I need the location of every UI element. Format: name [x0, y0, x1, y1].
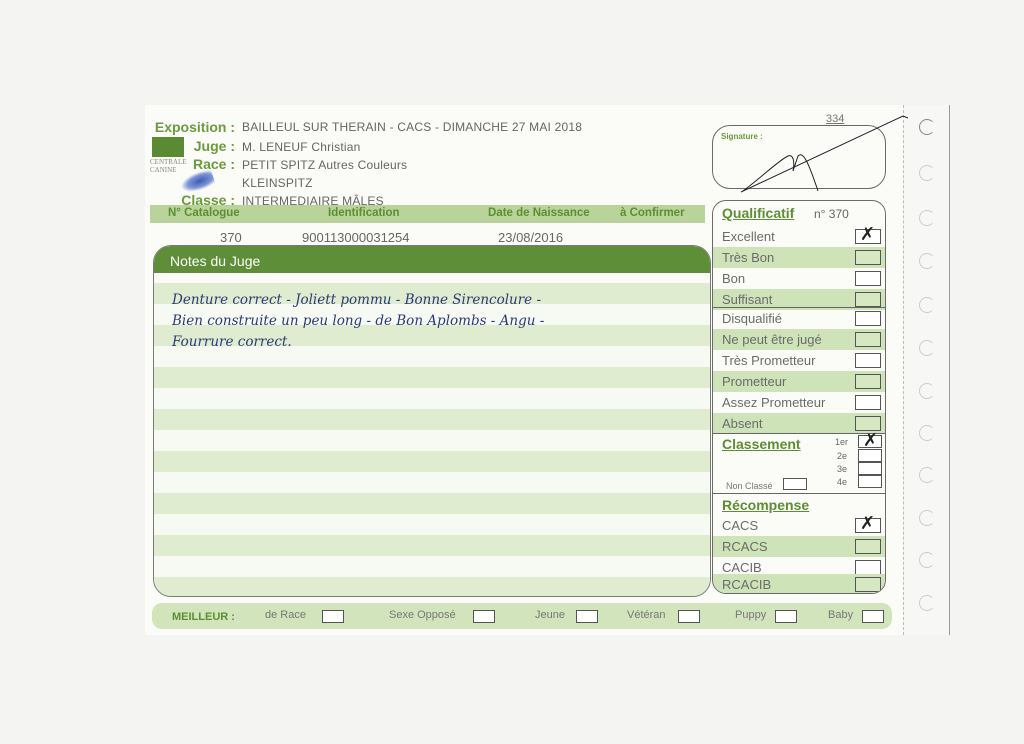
judge-notes-text[interactable]: Denture correct - Joliett pommu - Bonne … [172, 290, 702, 353]
page-number: 334 [826, 113, 844, 125]
race-label: Race : [180, 156, 235, 172]
ne-peut-etre-juge-checkbox[interactable] [855, 332, 881, 347]
punch-hole-icon [919, 383, 935, 399]
rank-1-checkbox[interactable] [858, 435, 882, 448]
notes-line: Bien construite un peu long - de Bon Apl… [172, 311, 702, 332]
rank-3-checkbox[interactable] [858, 462, 882, 475]
meilleur-puppy-checkbox[interactable] [775, 610, 797, 623]
recompense-option-rcacs[interactable]: RCACS [713, 536, 885, 557]
prometteur-checkbox[interactable] [855, 374, 881, 389]
divider [713, 433, 885, 434]
tres-bon-checkbox[interactable] [855, 250, 881, 265]
qualificatif-option-disqualifie[interactable]: Disqualifié [713, 308, 885, 329]
classement-title: Classement [722, 436, 801, 452]
rank-4-label: 4e [837, 477, 847, 487]
meilleur-puppy-label: Puppy [735, 609, 766, 621]
race-value: PETIT SPITZ Autres Couleurs [242, 158, 407, 172]
catalogue-header-bar: N° Catalogue Identification Date de Nais… [150, 205, 705, 223]
non-classe-label: Non Classé [726, 481, 773, 491]
punch-hole-icon [919, 210, 935, 226]
punch-hole-icon [919, 552, 935, 568]
qualificatif-option-absent[interactable]: Absent [713, 413, 885, 434]
exposition-value: BAILLEUL SUR THERAIN - CACS - DIMANCHE 2… [242, 120, 582, 134]
meilleur-sexe-oppose-checkbox[interactable] [473, 610, 495, 623]
punch-hole-icon [919, 595, 935, 611]
rcacib-checkbox[interactable] [855, 577, 881, 592]
meilleur-de-race-label: de Race [265, 609, 306, 621]
confirm-column-header: à Confirmer [620, 207, 685, 219]
tres-prometteur-checkbox[interactable] [855, 353, 881, 368]
disqualifie-checkbox[interactable] [855, 311, 881, 326]
meilleur-de-race-checkbox[interactable] [322, 610, 344, 623]
cacib-checkbox[interactable] [855, 560, 881, 575]
juge-value: M. LENEUF Christian [242, 140, 361, 154]
rank-2-checkbox[interactable] [858, 449, 882, 462]
rank-1-label: 1er [835, 437, 848, 447]
meilleur-sexe-oppose-label: Sexe Opposé [389, 609, 456, 621]
rank-4-checkbox[interactable] [858, 475, 882, 488]
catalogue-number: 370 [220, 230, 242, 245]
identification-number: 900113000031254 [302, 230, 410, 245]
assez-prometteur-checkbox[interactable] [855, 395, 881, 410]
rank-2-label: 2e [837, 451, 847, 461]
meilleur-veteran-checkbox[interactable] [678, 610, 700, 623]
identification-column-header: Identification [328, 207, 400, 219]
rcacs-checkbox[interactable] [855, 539, 881, 554]
qualificatif-option-prometteur[interactable]: Prometteur [713, 371, 885, 392]
rank-3-label: 3e [837, 464, 847, 474]
punch-hole-icon [919, 119, 935, 135]
signature-scribble-icon [713, 126, 913, 206]
punch-hole-icon [919, 165, 935, 181]
punch-hole-icon [919, 297, 935, 313]
punch-hole-icon [919, 467, 935, 483]
meilleur-baby-checkbox[interactable] [862, 610, 884, 623]
qualificatif-panel: Qualificatif n° 370 Excellent Très Bon B… [712, 200, 886, 594]
qualificatif-number: n° 370 [814, 207, 849, 221]
catalogue-column-header: N° Catalogue [168, 207, 240, 219]
meilleur-title: MEILLEUR : [172, 611, 235, 623]
punch-hole-icon [919, 253, 935, 269]
suffisant-checkbox[interactable] [855, 292, 881, 307]
birth-date: 23/08/2016 [498, 230, 563, 245]
judge-notes-title: Notes du Juge [154, 246, 710, 273]
qualificatif-option-tres-prometteur[interactable]: Très Prometteur [713, 350, 885, 371]
recompense-title: Récompense [722, 497, 809, 513]
race-value-secondary: KLEINSPITZ [242, 176, 313, 190]
juge-label: Juge : [180, 138, 235, 154]
exposition-label: Exposition : [150, 119, 235, 135]
excellent-checkbox[interactable] [855, 229, 881, 244]
qualificatif-option-ne-peut-etre-juge[interactable]: Ne peut être jugé [713, 329, 885, 350]
meilleur-bar: MEILLEUR : de Race Sexe Opposé Jeune Vét… [152, 603, 892, 629]
recompense-option-rcacib[interactable]: RCACIB [713, 574, 885, 594]
signature-box[interactable]: Signature : [712, 125, 886, 189]
cacs-checkbox[interactable] [855, 518, 881, 533]
punch-hole-icon [919, 340, 935, 356]
punch-hole-icon [919, 425, 935, 441]
qualificatif-option-bon[interactable]: Bon [713, 268, 885, 289]
notes-line: Denture correct - Joliett pommu - Bonne … [172, 290, 702, 311]
bon-checkbox[interactable] [855, 271, 881, 286]
punch-hole-icon [919, 510, 935, 526]
meilleur-baby-label: Baby [828, 609, 853, 621]
birthdate-column-header: Date de Naissance [488, 207, 590, 219]
notes-line: Fourrure correct. [172, 332, 702, 353]
qualificatif-option-tres-bon[interactable]: Très Bon [713, 247, 885, 268]
non-classe-checkbox[interactable] [783, 478, 807, 490]
divider [713, 493, 885, 494]
meilleur-jeune-label: Jeune [535, 609, 565, 621]
absent-checkbox[interactable] [855, 416, 881, 431]
meilleur-veteran-label: Vétéran [627, 609, 666, 621]
recompense-option-cacs[interactable]: CACS [713, 515, 885, 536]
qualificatif-title: Qualificatif [722, 205, 794, 221]
qualificatif-option-assez-prometteur[interactable]: Assez Prometteur [713, 392, 885, 413]
meilleur-jeune-checkbox[interactable] [576, 610, 598, 623]
qualificatif-option-excellent[interactable]: Excellent [713, 226, 885, 247]
